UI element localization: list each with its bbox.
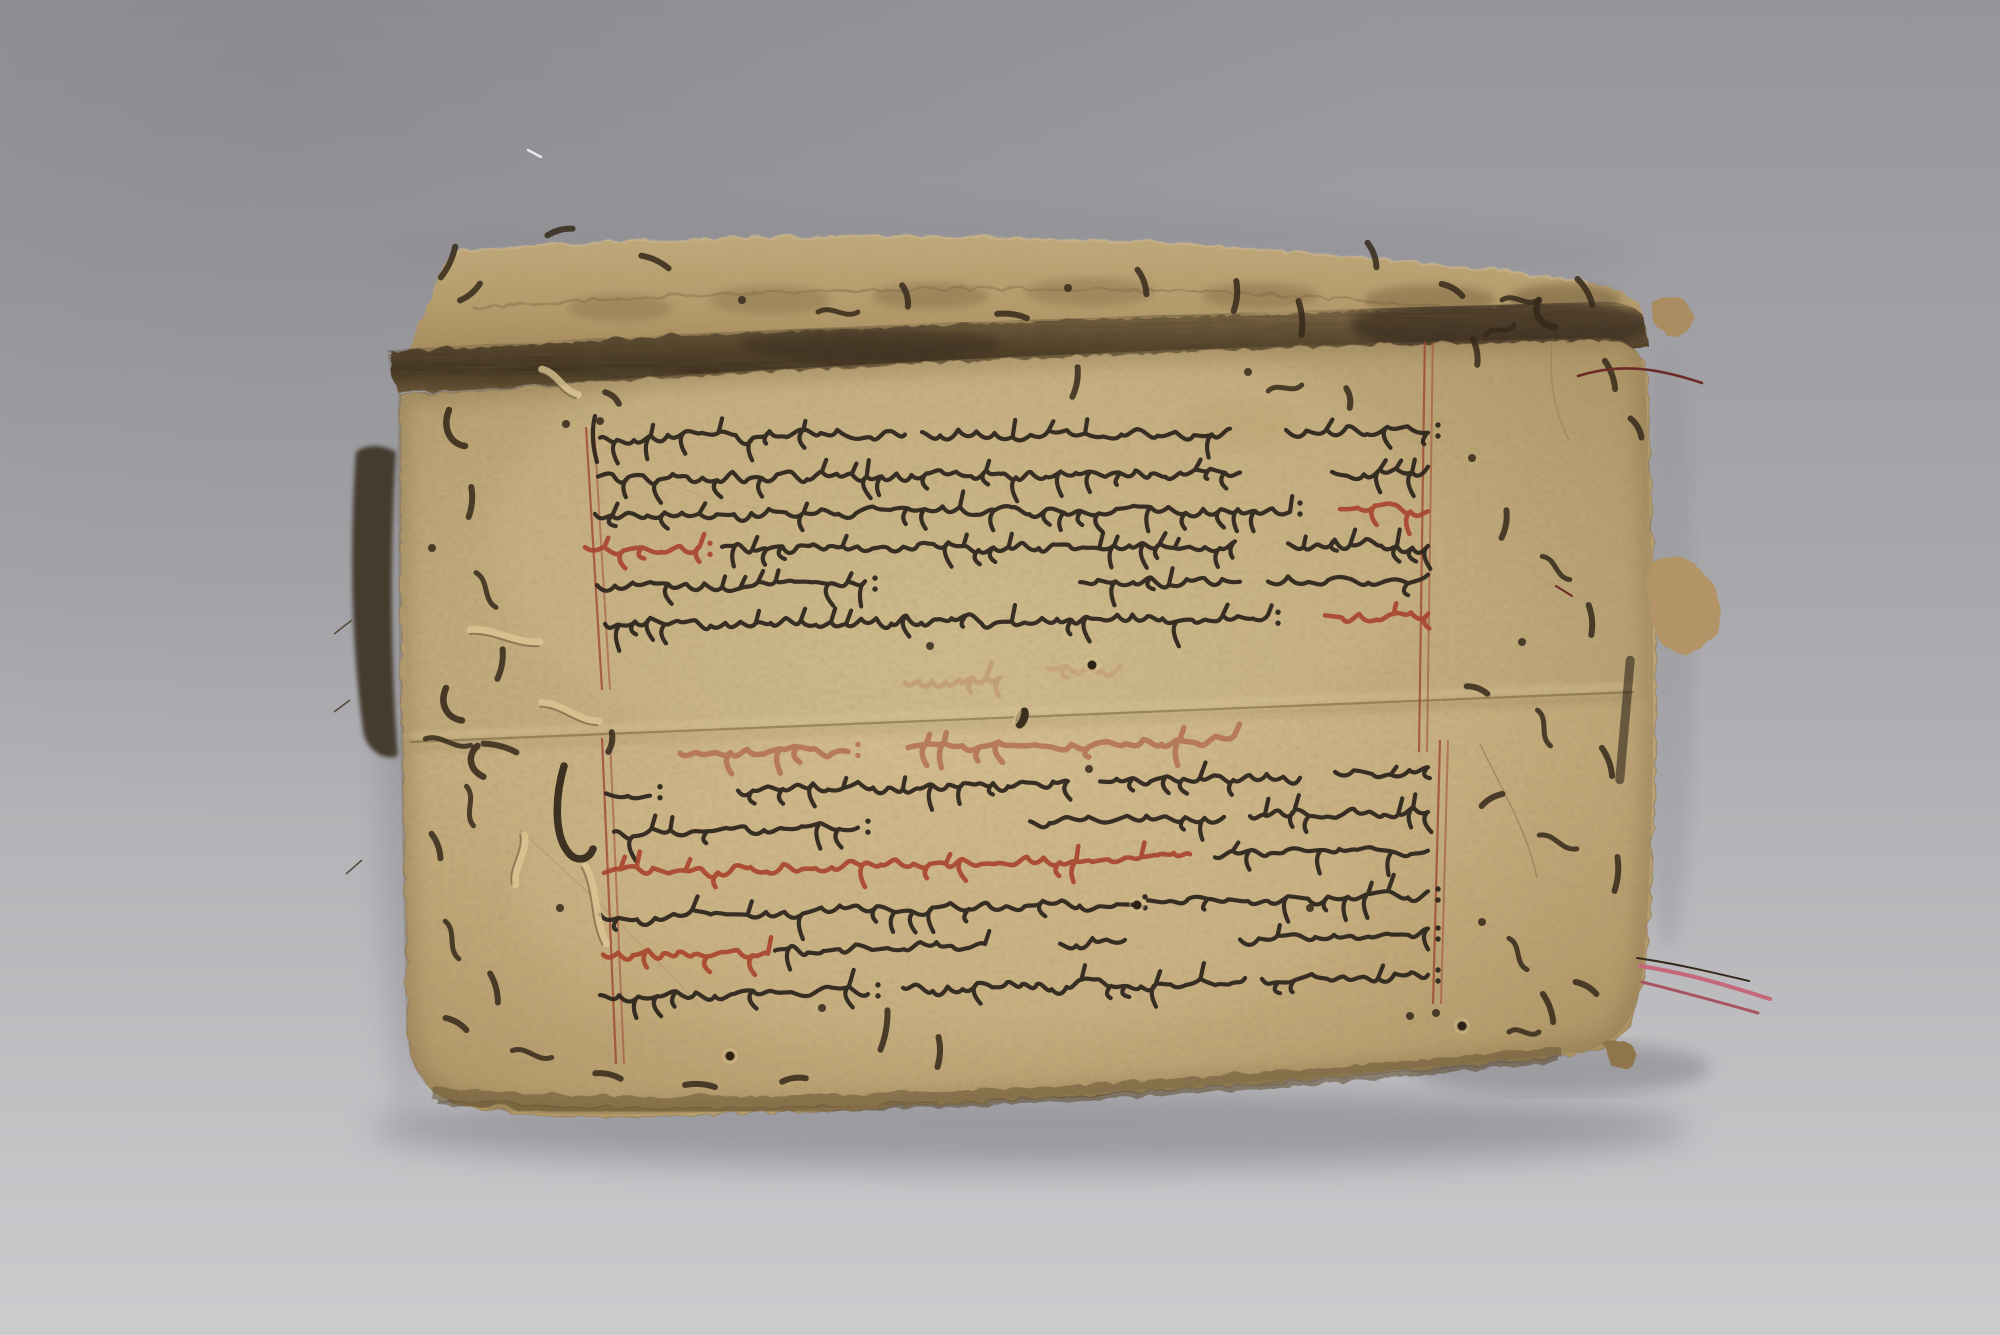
worm-hole xyxy=(1088,661,1097,670)
worm-mark-dash xyxy=(1589,605,1594,635)
worm-hole xyxy=(726,1052,735,1061)
worm-dot xyxy=(562,420,570,428)
worm-mark-dot xyxy=(1085,765,1093,773)
worm-dot xyxy=(738,296,746,304)
shad-mark-dot xyxy=(865,829,870,834)
shad-mark-dot xyxy=(1435,978,1440,983)
worm-mark-dot xyxy=(1518,638,1526,646)
worm-mark-dash xyxy=(685,1083,715,1087)
manuscript-photograph xyxy=(0,0,2000,1335)
worm-dash xyxy=(1615,857,1620,891)
worm-mark-dot xyxy=(1406,1012,1414,1020)
worm-dash xyxy=(685,1083,715,1087)
shad-mark-dot xyxy=(657,784,662,789)
shad-mark-dot xyxy=(865,818,870,823)
worm-hole xyxy=(1133,901,1142,910)
worm-mark-dot xyxy=(1468,454,1476,462)
shad-mark-dot xyxy=(1435,925,1440,930)
worm-dot xyxy=(1306,904,1314,912)
worm-mark-dot xyxy=(818,1004,826,1012)
worm-mark-dot xyxy=(1478,918,1486,926)
shad-mark-dot xyxy=(1297,500,1302,505)
shad-mark-dot xyxy=(1435,886,1440,891)
shad-mark-dot xyxy=(1435,433,1440,438)
shad-mark-dot xyxy=(1435,422,1440,427)
worm-dash xyxy=(1299,301,1304,335)
shad-mark-dot xyxy=(1275,609,1280,614)
worm-mark-dot xyxy=(1064,284,1072,292)
worm-dot xyxy=(818,1004,826,1012)
worm-dash xyxy=(937,1037,940,1067)
worm-dot xyxy=(428,544,436,552)
shad-mark-dot xyxy=(1435,967,1440,972)
worm-mark-dot xyxy=(596,417,604,425)
shad-mark-dot xyxy=(1435,897,1440,902)
worm-mark-dot xyxy=(1244,368,1252,376)
worm-dot xyxy=(1518,638,1526,646)
worm-dot xyxy=(1244,368,1252,376)
worm-mark-dot xyxy=(556,904,564,912)
shad-mark-dot xyxy=(855,753,860,758)
shad-mark-dot xyxy=(1297,511,1302,516)
worm-dash xyxy=(1589,605,1594,635)
worm-mark-dot xyxy=(1306,904,1314,912)
photo-stage xyxy=(0,0,2000,1335)
worm-mark-dash xyxy=(1234,281,1239,311)
worm-mark-dash xyxy=(1615,857,1620,891)
worm-dot xyxy=(556,904,564,912)
worm-mark-dash xyxy=(1299,301,1304,335)
worm-mark-dot xyxy=(428,544,436,552)
worm-mark-dash xyxy=(469,487,474,517)
worm-dash xyxy=(469,487,474,517)
worm-dot xyxy=(1085,765,1093,773)
worm-mark-dot xyxy=(562,420,570,428)
worm-dot xyxy=(1468,454,1476,462)
worm-dot xyxy=(1406,1012,1414,1020)
worm-mark-dot xyxy=(738,296,746,304)
shad-mark-dot xyxy=(707,552,712,557)
shad-mark-dot xyxy=(1435,936,1440,941)
worm-hole xyxy=(1458,1022,1467,1031)
worm-dash xyxy=(1234,281,1239,311)
worm-dot xyxy=(1432,1009,1440,1017)
worm-mark-dot xyxy=(926,642,934,650)
worm-dot xyxy=(596,417,604,425)
worm-dot xyxy=(1064,284,1072,292)
shad-mark-dot xyxy=(1275,620,1280,625)
worm-dot xyxy=(926,642,934,650)
shad-mark-dot xyxy=(872,586,877,591)
worm-dot xyxy=(1478,918,1486,926)
shad-mark-dot xyxy=(855,742,860,747)
shad-mark-dot xyxy=(707,541,712,546)
shad-mark-dot xyxy=(875,993,880,998)
shad-mark-dot xyxy=(875,982,880,987)
shad-mark-dot xyxy=(657,795,662,800)
worm-mark-dot xyxy=(1432,1009,1440,1017)
worm-mark-dash xyxy=(937,1037,940,1067)
shad-mark-dot xyxy=(872,575,877,580)
